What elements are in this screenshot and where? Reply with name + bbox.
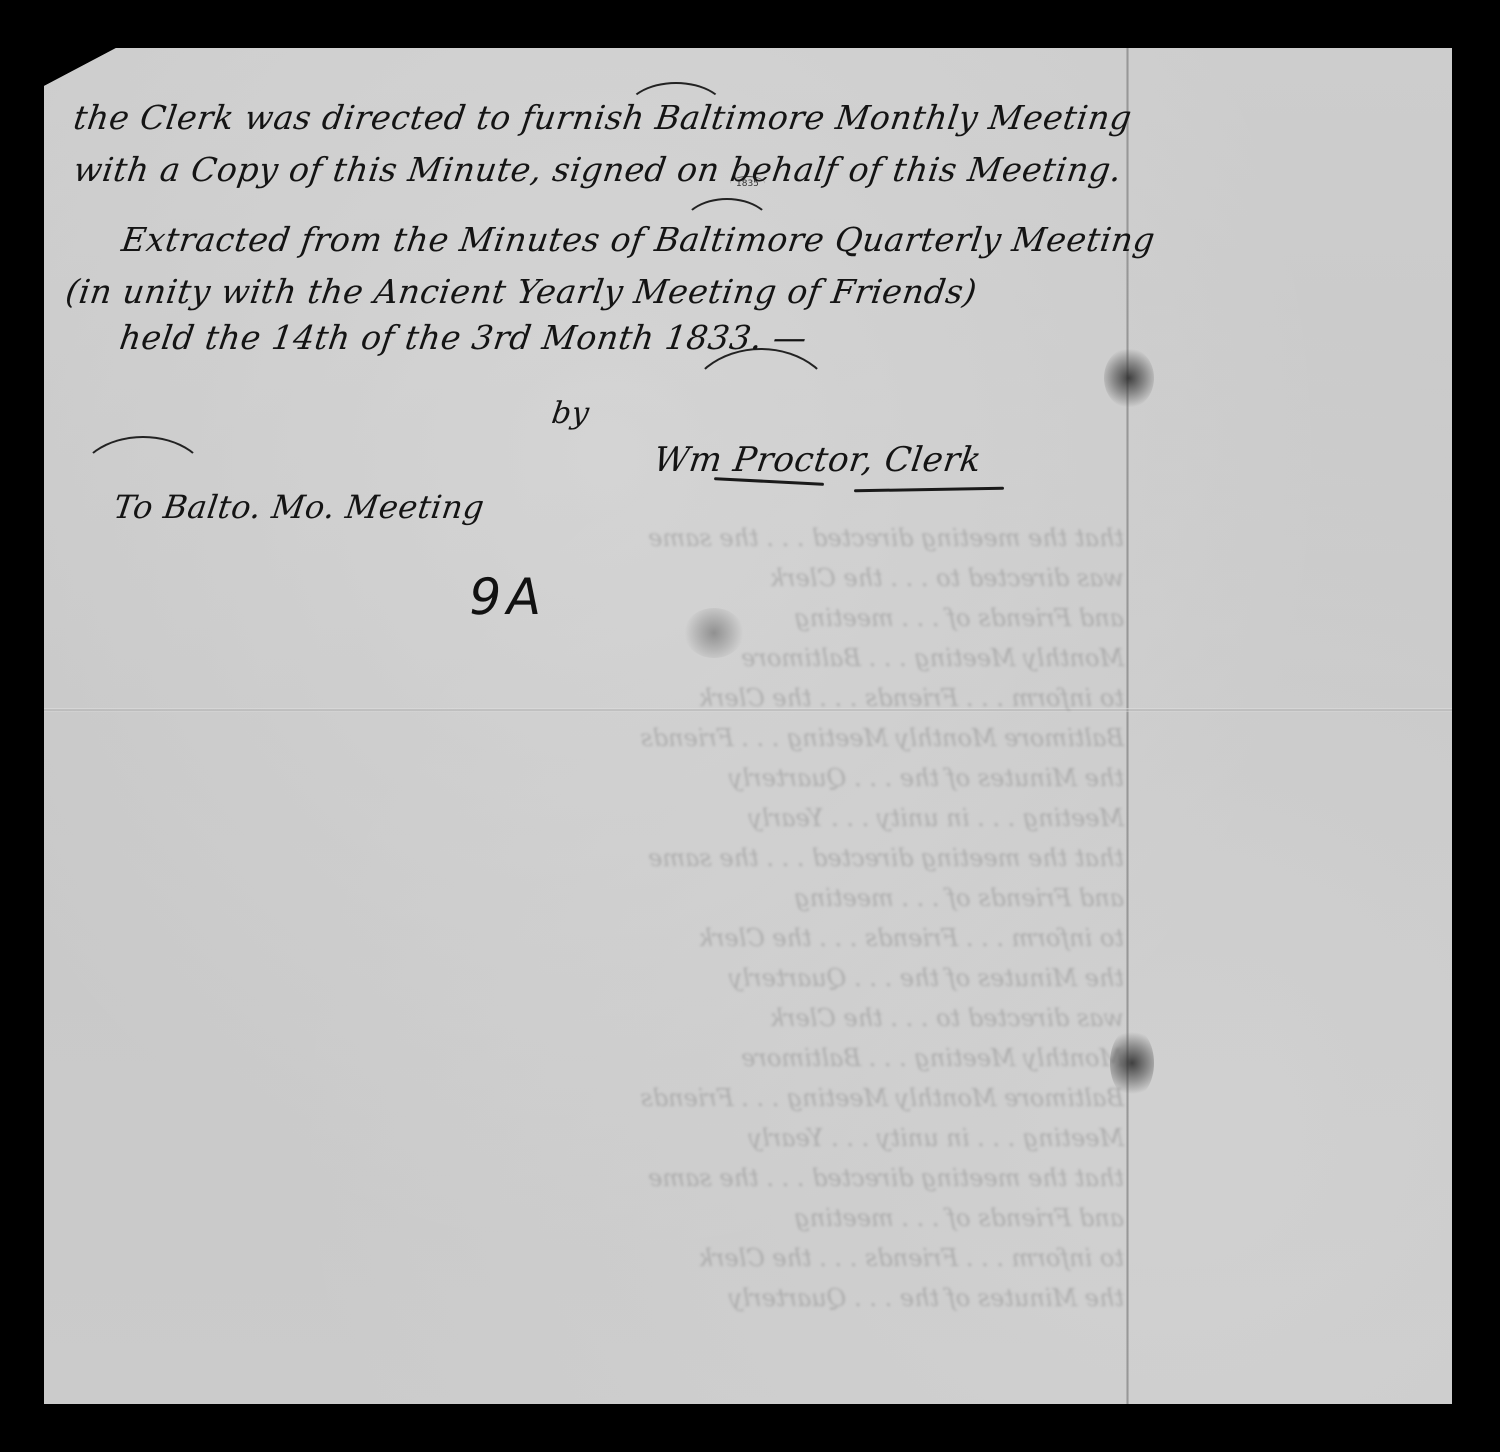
bleed-line: was directed to . . . the Clerk <box>84 998 1124 1038</box>
bleed-line: Baltimore Monthly Meeting . . . Friends <box>84 1078 1124 1118</box>
bleed-line: the Minutes of the . . . Quarterly <box>84 1278 1124 1318</box>
manuscript-line-5: held the 14th of the 3rd Month 1833. — <box>117 318 809 357</box>
bleed-through-text: that the meeting directed . . . the same… <box>84 518 1124 1318</box>
signature-underline <box>854 487 1004 493</box>
bleed-line: that the meeting directed . . . the same <box>84 838 1124 878</box>
bleed-line: Baltimore Monthly Meeting . . . Friends <box>84 718 1124 758</box>
manuscript-line-1: the Clerk was directed to furnish Baltim… <box>71 98 1134 137</box>
bleed-line: the Minutes of the . . . Quarterly <box>84 758 1124 798</box>
bleed-line: Monthly Meeting . . . Baltimore <box>84 638 1124 678</box>
bleed-line: that the meeting directed . . . the same <box>84 1158 1124 1198</box>
bleed-line: and Friends of . . . meeting <box>84 1198 1124 1238</box>
archive-annotation: 9A <box>464 568 552 626</box>
signature-name: Wm Proctor, Clerk <box>651 440 984 480</box>
bleed-line: Meeting . . . in unity . . . Yearly <box>84 798 1124 838</box>
bleed-line: Meeting . . . in unity . . . Yearly <box>84 1118 1124 1158</box>
bleed-line: was directed to . . . the Clerk <box>84 558 1124 598</box>
bleed-line: and Friends of . . . meeting <box>84 878 1124 918</box>
signature-prefix: by <box>550 396 592 431</box>
address-line: To Balto. Mo. Meeting <box>111 488 487 526</box>
bleed-line: Monthly Meeting . . . Baltimore <box>84 1038 1124 1078</box>
document-page: that the meeting directed . . . the same… <box>44 48 1452 1404</box>
manuscript-line-2: with a Copy of this Minute, signed on be… <box>71 150 1124 189</box>
ink-blot-upper <box>1104 348 1154 408</box>
bleed-line: to inform . . . Friends . . . the Clerk <box>84 1238 1124 1278</box>
bleed-line: to inform . . . Friends . . . the Clerk <box>84 918 1124 958</box>
bleed-line: and Friends of . . . meeting <box>84 598 1124 638</box>
bleed-line: the Minutes of the . . . Quarterly <box>84 958 1124 998</box>
manuscript-line-3: Extracted from the Minutes of Baltimore … <box>119 220 1157 259</box>
manuscript-line-4: (in unity with the Ancient Yearly Meetin… <box>63 272 979 311</box>
bleed-line: to inform . . . Friends . . . the Clerk <box>84 678 1124 718</box>
